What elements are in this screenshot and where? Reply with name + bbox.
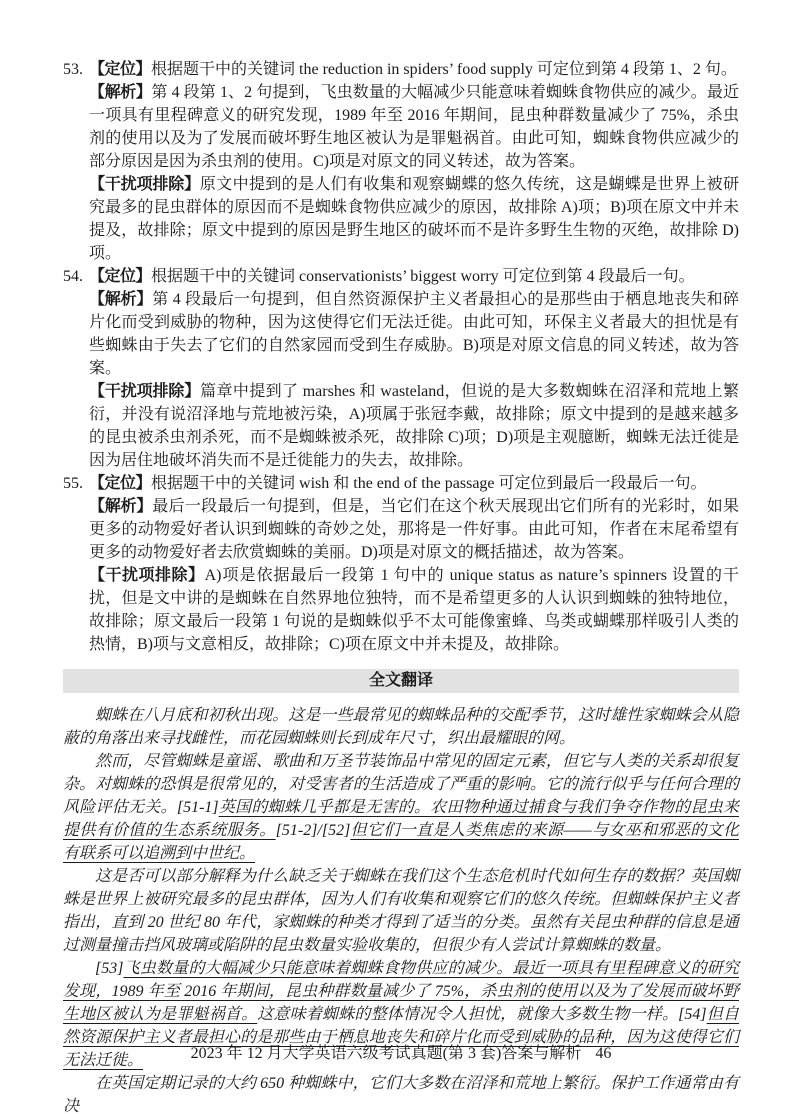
block-tag: 【干扰项排除】	[89, 567, 205, 584]
block-tag: 【定位】	[89, 61, 151, 78]
translation-text: [54]	[678, 1006, 706, 1023]
block-tag: 【解析】	[89, 498, 152, 515]
translation-paragraph: 蜘蛛在八月底和初秋出现。这是一些最常见的蜘蛛品种的交配季节，这时雄性家蜘蛛会从隐…	[63, 704, 739, 750]
analysis-block: 【定位】根据题干中的关键词 wish 和 the end of the pass…	[89, 472, 739, 495]
translation-text: [53]	[95, 960, 123, 977]
block-tag: 【定位】	[89, 268, 151, 285]
analysis-block: 【定位】根据题干中的关键词 conservationists’ biggest …	[89, 265, 739, 288]
translation-text: 蜘蛛在八月底和初秋出现。这是一些最常见的蜘蛛品种的交配季节，这时雄性家蜘蛛会从隐…	[63, 707, 739, 747]
translation-text: 在英国定期记录的大约 650 种蜘蛛中，它们大多数在沼泽和荒地上繁衍。保护工作通…	[63, 1075, 739, 1114]
block-tag: 【干扰项排除】	[89, 176, 200, 193]
analysis-item: 55.【定位】根据题干中的关键词 wish 和 the end of the p…	[63, 472, 739, 656]
translation-text: [51-1]	[177, 799, 219, 816]
translation-header-bar: 全文翻译	[63, 669, 739, 693]
analysis-block: 【干扰项排除】A)项是依据最后一段第 1 句中的 unique status a…	[89, 564, 739, 656]
translation-header-title: 全文翻译	[369, 672, 433, 689]
block-text: 第 4 段最后一句提到，但自然资源保护主义者最担心的是那些由于栖息地丧失和碎片化…	[89, 291, 739, 377]
analysis-block: 【干扰项排除】原文中提到的是人们有收集和观察蝴蝶的悠久传统，这是蝴蝶是世界上被研…	[89, 173, 739, 265]
translation-text: 这是否可以部分解释为什么缺乏关于蜘蛛在我们这个生态危机时代如何生存的数据？英国蜘…	[63, 868, 739, 954]
analysis-block: 【解析】最后一段最后一句提到，但是，当它们在这个秋天展现出它们所有的光彩时，如果…	[89, 495, 739, 564]
document-page: 53.【定位】根据题干中的关键词 the reduction in spider…	[0, 0, 800, 1114]
block-tag: 【定位】	[89, 475, 151, 492]
block-tag: 【干扰项排除】	[89, 383, 200, 400]
footer-text: 2023 年 12 月大学英语六级考试真题(第 3 套)答案与解析	[191, 1045, 582, 1062]
block-text: 最后一段最后一句提到，但是，当它们在这个秋天展现出它们所有的光彩时，如果更多的动…	[89, 498, 739, 561]
block-tag: 【解析】	[89, 84, 151, 101]
translation-text: [51-2]/[52]	[276, 822, 351, 839]
translation-paragraph: 然而，尽管蜘蛛是童谣、歌曲和万圣节装饰品中常见的固定元素，但它与人类的关系却很复…	[63, 750, 739, 865]
page-content: 53.【定位】根据题干中的关键词 the reduction in spider…	[63, 58, 739, 1114]
translation-paragraph: 这是否可以部分解释为什么缺乏关于蜘蛛在我们这个生态危机时代如何生存的数据？英国蜘…	[63, 865, 739, 957]
item-number: 53.	[63, 58, 83, 81]
analysis-item: 54.【定位】根据题干中的关键词 conservationists’ bigge…	[63, 265, 739, 472]
block-text: 根据题干中的关键词 wish 和 the end of the passage …	[151, 475, 707, 492]
analysis-section: 53.【定位】根据题干中的关键词 the reduction in spider…	[63, 58, 739, 656]
translation-text: 这意味着蜘蛛的整体情况令人担忧，就像大多数生物一样。	[257, 1006, 678, 1023]
block-text: 第 4 段第 1、2 句提到，飞虫数量的大幅减少只能意味着蜘蛛食物供应的减少。最…	[89, 84, 739, 170]
analysis-block: 【解析】第 4 段最后一句提到，但自然资源保护主义者最担心的是那些由于栖息地丧失…	[89, 288, 739, 380]
block-tag: 【解析】	[89, 291, 152, 308]
analysis-item: 53.【定位】根据题干中的关键词 the reduction in spider…	[63, 58, 739, 265]
item-number: 54.	[63, 265, 83, 288]
block-text: 根据题干中的关键词 the reduction in spiders’ food…	[151, 61, 737, 78]
analysis-block: 【干扰项排除】篇章中提到了 marshes 和 wasteland，但说的是大多…	[89, 380, 739, 472]
page-footer: 2023 年 12 月大学英语六级考试真题(第 3 套)答案与解析46	[63, 1042, 739, 1065]
block-text: 根据题干中的关键词 conservationists’ biggest worr…	[151, 268, 695, 285]
analysis-block: 【解析】第 4 段第 1、2 句提到，飞虫数量的大幅减少只能意味着蜘蛛食物供应的…	[89, 81, 739, 173]
translation-paragraph: 在英国定期记录的大约 650 种蜘蛛中，它们大多数在沼泽和荒地上繁衍。保护工作通…	[63, 1072, 739, 1114]
item-number: 55.	[63, 472, 83, 495]
analysis-block: 【定位】根据题干中的关键词 the reduction in spiders’ …	[89, 58, 739, 81]
footer-page-number: 46	[595, 1045, 611, 1062]
